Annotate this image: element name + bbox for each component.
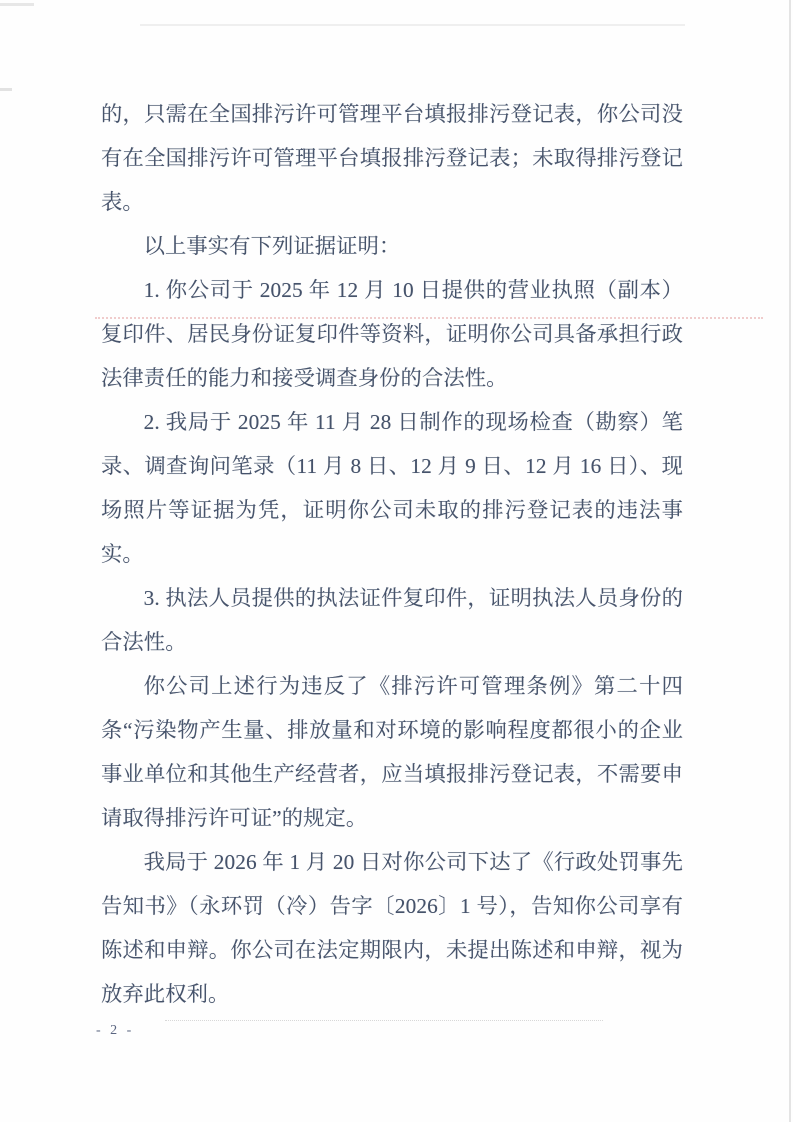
scanned-document-page: 的，只需在全国排污许可管理平台填报排污登记表，你公司没有在全国排污许可管理平台填… bbox=[0, 0, 793, 1122]
scan-artifact-top-smudge bbox=[0, 3, 34, 6]
paragraph: 3. 执法人员提供的执法证件复印件，证明执法人员身份的合法性。 bbox=[101, 576, 683, 664]
paragraph: 我局于 2026 年 1 月 20 日对你公司下达了《行政处罚事先告知书》（永环… bbox=[101, 840, 683, 1016]
document-body: 的，只需在全国排污许可管理平台填报排污登记表，你公司没有在全国排污许可管理平台填… bbox=[101, 92, 683, 1016]
page-number: - 2 - bbox=[96, 1023, 134, 1039]
paragraph: 的，只需在全国排污许可管理平台填报排污登记表，你公司没有在全国排污许可管理平台填… bbox=[101, 92, 683, 224]
paragraph: 1. 你公司于 2025 年 12 月 10 日提供的营业执照（副本）复印件、居… bbox=[101, 268, 683, 400]
scan-artifact-top-line bbox=[140, 24, 685, 26]
scan-artifact-right-edge bbox=[789, 0, 791, 1122]
paragraph: 你公司上述行为违反了《排污许可管理条例》第二十四条“污染物产生量、排放量和对环境… bbox=[101, 664, 683, 840]
paragraph: 以上事实有下列证据证明： bbox=[101, 224, 683, 268]
paragraph: 2. 我局于 2025 年 11 月 28 日制作的现场检查（勘察）笔录、调查询… bbox=[101, 400, 683, 576]
scan-artifact-footer-line bbox=[165, 1020, 603, 1021]
scan-artifact-left-dash bbox=[0, 88, 12, 91]
